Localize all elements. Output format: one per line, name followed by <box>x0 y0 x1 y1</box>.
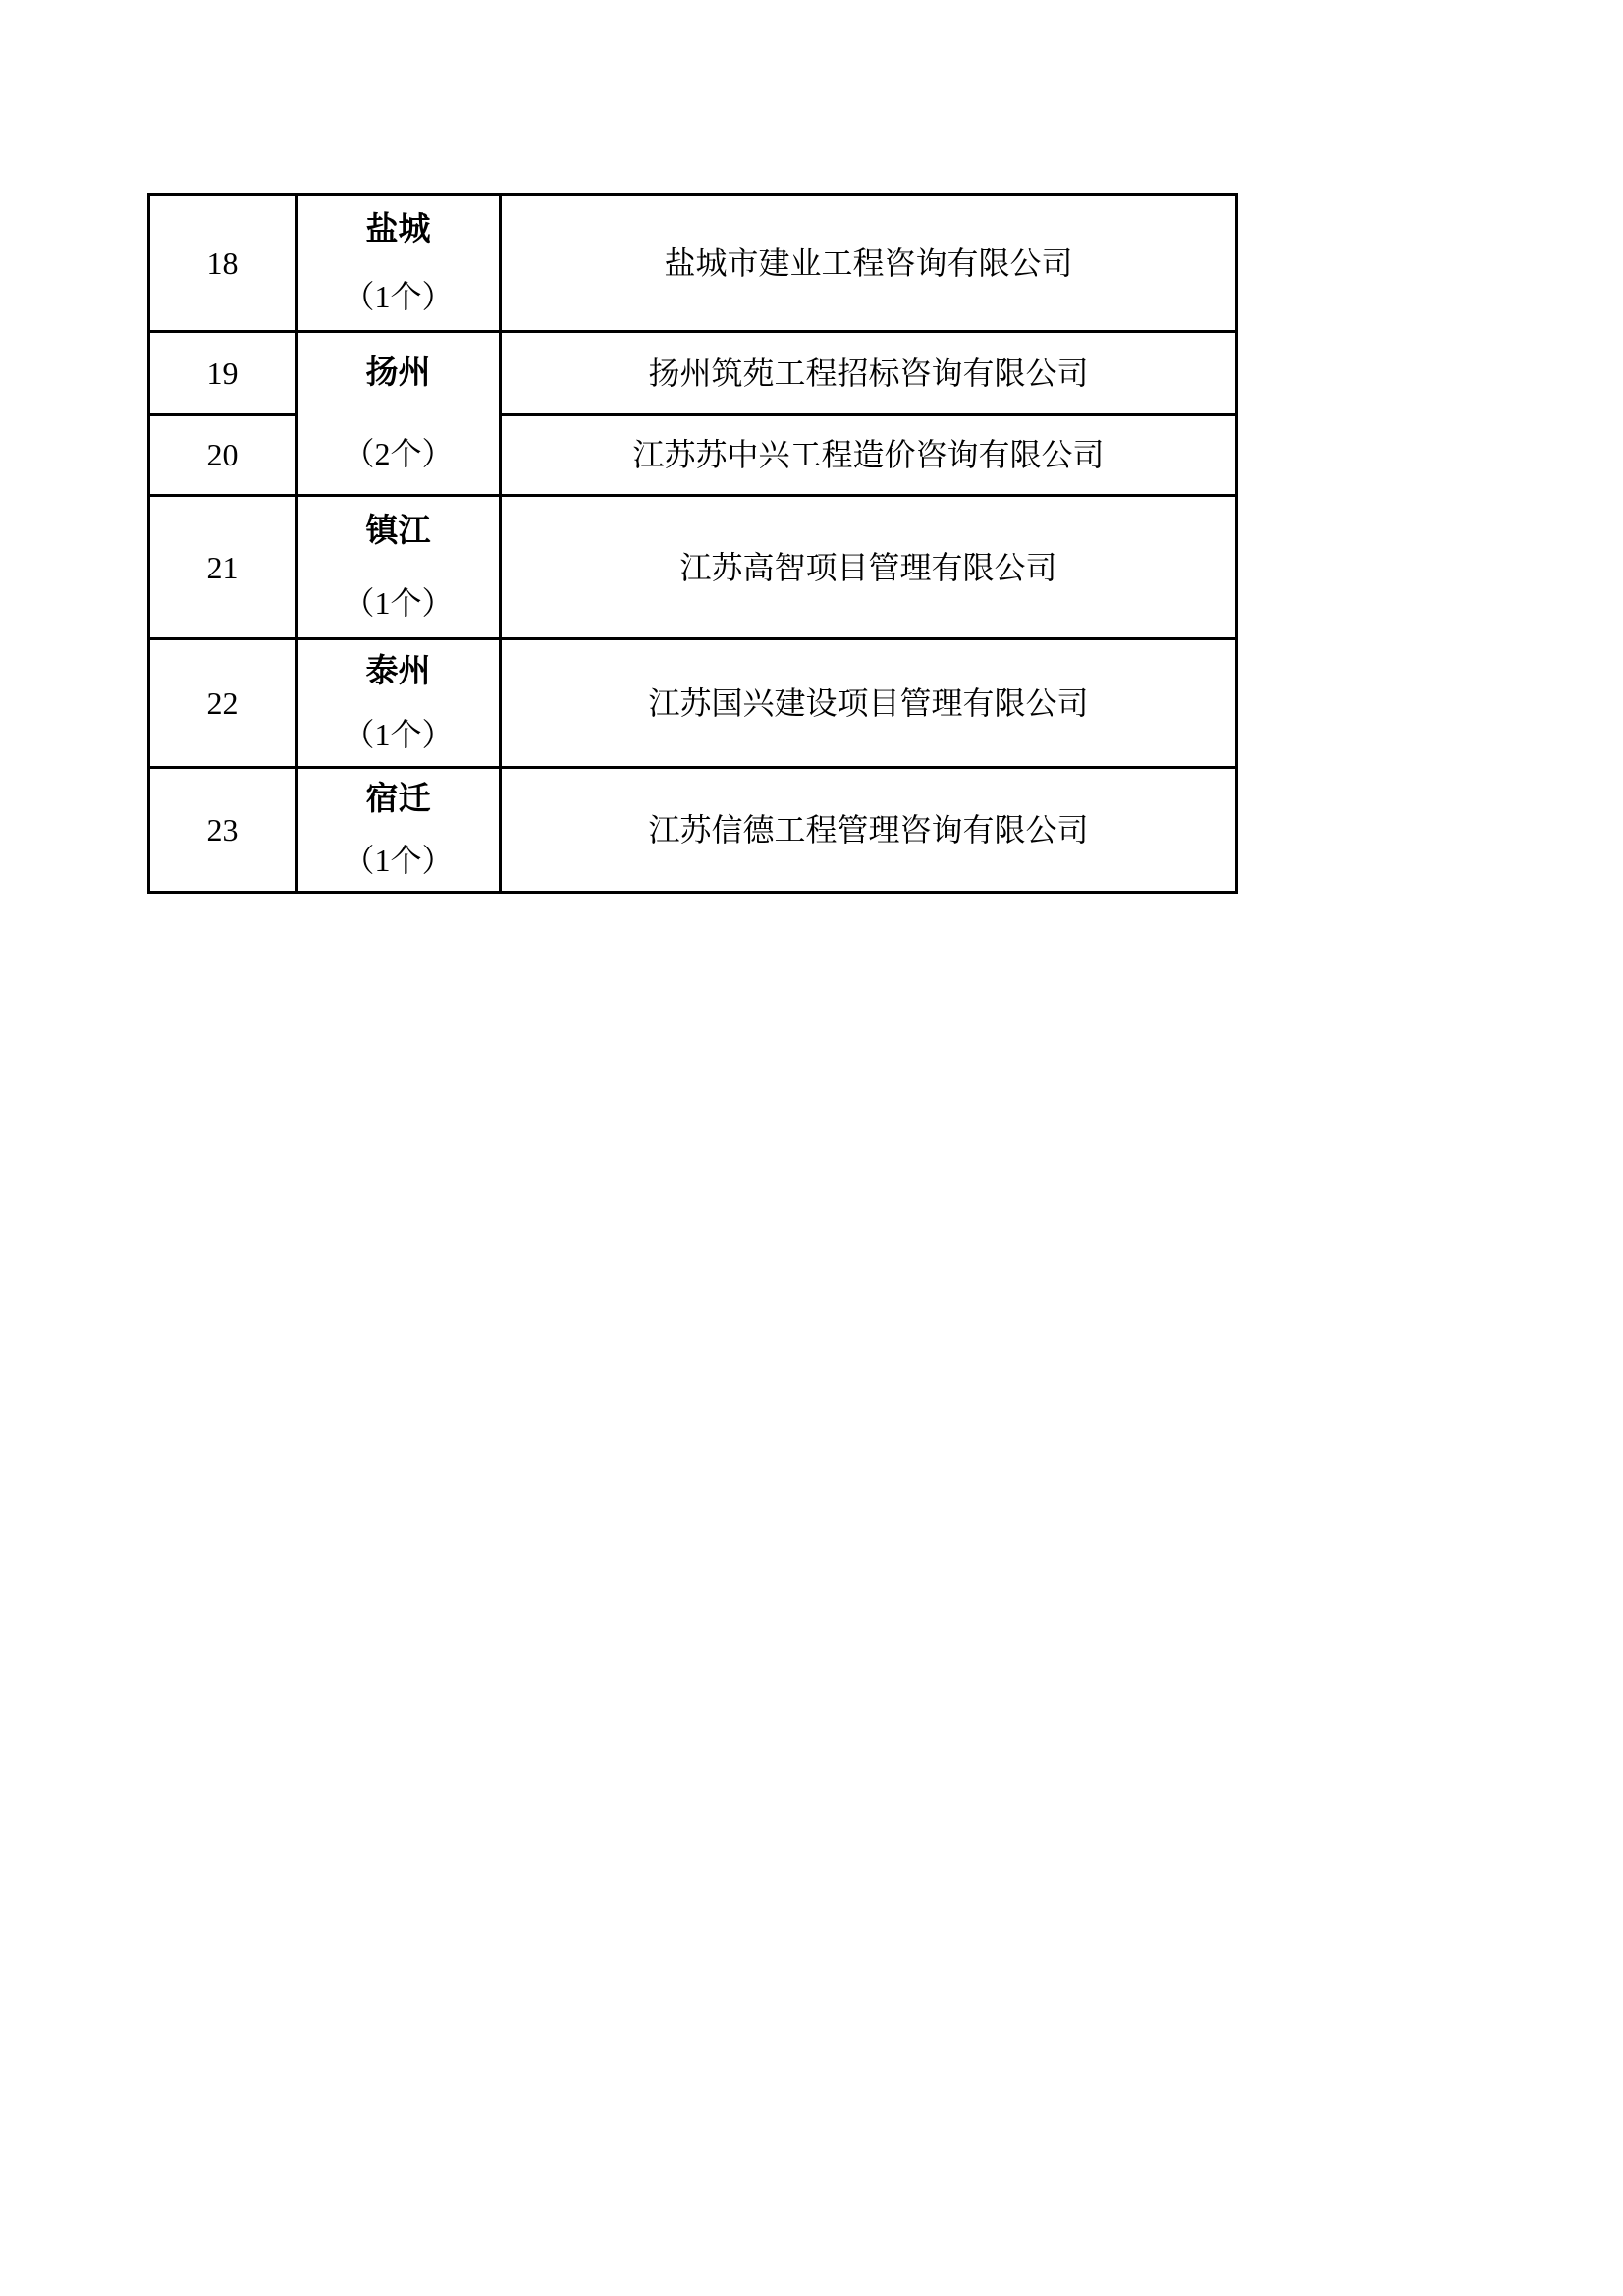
company-cell: 江苏信德工程管理咨询有限公司 <box>501 768 1237 893</box>
city-count: （1个） <box>343 277 453 316</box>
city-cell-merged: 扬州 （2个） <box>297 332 501 496</box>
city-stack: 泰州 （1个） <box>298 640 499 766</box>
city-count: （1个） <box>343 583 453 623</box>
company-cell: 江苏高智项目管理有限公司 <box>501 496 1237 639</box>
city-count: （1个） <box>343 715 453 754</box>
company-roster-table: 18 盐城 （1个） 盐城市建业工程咨询有限公司 19 扬州 （2个） <box>147 193 1238 894</box>
city-name: 镇江 <box>366 512 431 552</box>
city-cell: 镇江 （1个） <box>297 496 501 639</box>
row-number-cell: 19 <box>149 332 297 415</box>
city-name: 宿迁 <box>366 780 431 820</box>
row-number-cell: 23 <box>149 768 297 893</box>
company-cell: 江苏苏中兴工程造价咨询有限公司 <box>501 414 1237 495</box>
city-count: （1个） <box>343 841 453 880</box>
row-number-cell: 22 <box>149 639 297 768</box>
company-cell: 盐城市建业工程咨询有限公司 <box>501 195 1237 332</box>
document-page: 18 盐城 （1个） 盐城市建业工程咨询有限公司 19 扬州 （2个） <box>0 0 1623 2296</box>
company-cell: 江苏国兴建设项目管理有限公司 <box>501 639 1237 768</box>
city-name: 盐城 <box>366 210 431 250</box>
city-name: 扬州 <box>366 354 431 394</box>
row-number-cell: 18 <box>149 195 297 332</box>
company-cell: 扬州筑苑工程招标咨询有限公司 <box>501 332 1237 415</box>
table-row: 19 扬州 （2个） 扬州筑苑工程招标咨询有限公司 <box>149 332 1237 415</box>
city-count: （2个） <box>343 434 453 473</box>
table-row: 18 盐城 （1个） 盐城市建业工程咨询有限公司 <box>149 195 1237 332</box>
city-cell: 宿迁 （1个） <box>297 768 501 893</box>
row-number-cell: 21 <box>149 496 297 639</box>
city-cell: 泰州 （1个） <box>297 639 501 768</box>
city-stack: 宿迁 （1个） <box>298 769 499 891</box>
city-cell: 盐城 （1个） <box>297 195 501 332</box>
city-stack: 镇江 （1个） <box>298 497 499 637</box>
table-row: 22 泰州 （1个） 江苏国兴建设项目管理有限公司 <box>149 639 1237 768</box>
city-stack: 扬州 （2个） <box>298 333 499 494</box>
row-number-cell: 20 <box>149 414 297 495</box>
table-row: 21 镇江 （1个） 江苏高智项目管理有限公司 <box>149 496 1237 639</box>
city-name: 泰州 <box>366 652 431 692</box>
table-row: 23 宿迁 （1个） 江苏信德工程管理咨询有限公司 <box>149 768 1237 893</box>
city-stack: 盐城 （1个） <box>298 196 499 330</box>
